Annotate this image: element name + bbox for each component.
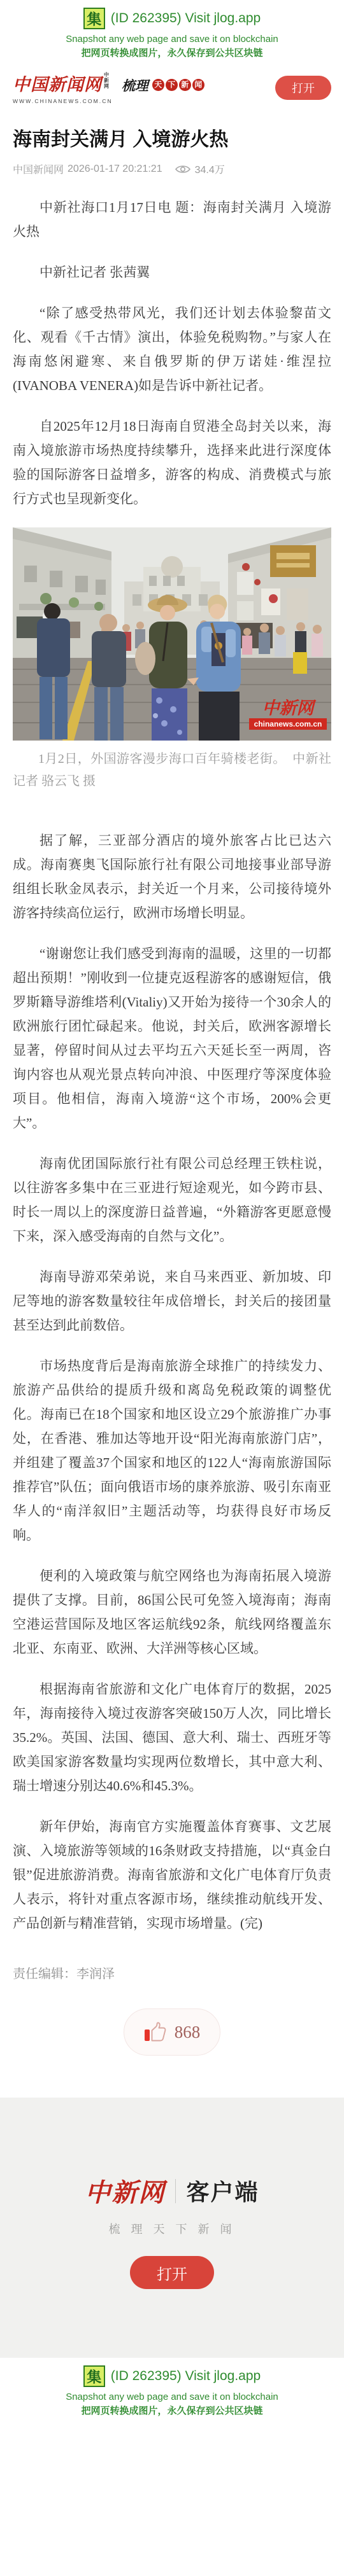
logo-stack: 中 新 网 bbox=[104, 72, 109, 89]
article-photo[interactable]: 中新网 chinanews.com.cn bbox=[13, 527, 331, 741]
jlog-icon: 集 bbox=[83, 8, 105, 29]
paragraph: 海南优团国际旅行社有限公司总经理王铁柱说，以往游客多集中在三亚进行短途观光，如今… bbox=[13, 1152, 331, 1248]
site-header: 中国新闻网 中 新 网 WWW.CHINANEWS.COM.CN 梳理 天 下 … bbox=[0, 66, 344, 111]
article-title: 海南封关满月 入境游火热 bbox=[13, 127, 331, 152]
jlog-subtitle-zh: 把网页转换成图片，永久保存到公共区块链 bbox=[0, 46, 344, 59]
site-logo[interactable]: 中国新闻网 中 新 网 WWW.CHINANEWS.COM.CN bbox=[13, 71, 113, 104]
tagline-circle: 闻 bbox=[192, 79, 204, 91]
views-count: 34.4万 bbox=[195, 162, 225, 176]
promo-tagline: 梳 理 天 下 新 闻 bbox=[0, 2220, 344, 2237]
paragraph: “除了感受热带风光，我们还计划去体验黎苗文化、观看《千古情》演出，体验免税购物。… bbox=[13, 301, 331, 398]
views-block: 34.4万 bbox=[175, 162, 225, 176]
publish-time: 2026-01-17 20:21:21 bbox=[68, 164, 162, 175]
header-tagline: 梳理 天 下 新 闻 bbox=[122, 76, 204, 95]
eye-icon bbox=[175, 164, 190, 174]
paragraph: 新年伊始，海南官方实施覆盖体育赛事、文艺展演、入境旅游等领域的16条财政支持措施… bbox=[13, 1814, 331, 1935]
jlog-subtitle-en: Snapshot any web page and save it on blo… bbox=[0, 34, 344, 45]
tagline-circle: 下 bbox=[166, 79, 178, 91]
paragraph: “谢谢您让我们感受到海南的温暖，这里的一切都超出预期！”刚收到一位捷克返程游客的… bbox=[13, 942, 331, 1135]
jlog-subtitle-zh: 把网页转换成图片，永久保存到公共区块链 bbox=[0, 2404, 344, 2417]
jlog-link[interactable]: (ID 262395) Visit jlog.app bbox=[111, 11, 261, 26]
app-promo-section: 中新网 客户端 梳 理 天 下 新 闻 打开 bbox=[0, 2098, 344, 2358]
article-body: 中新社海口1月17日电 题：海南封关满月 入境游火热 中新社记者 张茜翼 “除了… bbox=[0, 176, 344, 511]
tagline-prefix: 梳理 bbox=[122, 76, 148, 95]
bottom-jlog-banner: 集 (ID 262395) Visit jlog.app Snapshot an… bbox=[0, 2358, 344, 2423]
editor-line: 责任编辑：李润泽 bbox=[13, 1963, 331, 1982]
paragraph: 便利的入境政策与航空网络也为海南拓展入境游提供了支撑。目前，86国公民可免签入境… bbox=[13, 1564, 331, 1660]
tagline-circle: 天 bbox=[152, 79, 164, 91]
tagline-circle: 新 bbox=[179, 79, 191, 91]
paragraph: 中新社记者 张茜翼 bbox=[13, 260, 331, 284]
photo-watermark: 中新网 bbox=[262, 699, 317, 718]
logo-stack-char: 网 bbox=[104, 83, 109, 89]
jlog-link[interactable]: (ID 262395) Visit jlog.app bbox=[111, 2369, 261, 2384]
promo-open-button[interactable]: 打开 bbox=[130, 2256, 214, 2289]
article-body-continued: 据了解，三亚部分酒店的境外旅客占比已达六成。海南赛奥飞国际旅行社有限公司地接事业… bbox=[0, 809, 344, 1935]
paragraph: 根据海南省旅游和文化广电体育厅的数据，2025年，海南接待入境过夜游客突破150… bbox=[13, 1677, 331, 1798]
paragraph: 海南导游邓荣弟说，来自马来西亚、新加坡、印尼等地的游客数量较往年成倍增长，封关后… bbox=[13, 1265, 331, 1337]
logo-stack-char: 中 bbox=[104, 72, 109, 78]
like-count: 868 bbox=[175, 2023, 201, 2042]
article-meta: 中国新闻网 2026-01-17 20:21:21 34.4万 bbox=[13, 162, 331, 176]
source-name: 中国新闻网 bbox=[13, 162, 64, 176]
photo-watermark-url: chinanews.com.cn bbox=[254, 720, 322, 728]
promo-app-label: 客户端 bbox=[186, 2175, 259, 2207]
paragraph: 自2025年12月18日海南自贸港全岛封关以来，海南入境旅游市场热度持续攀升，选… bbox=[13, 414, 331, 511]
photo-caption: 1月2日，外国游客漫步海口百年骑楼老街。 中新社记者 骆云飞 摄 bbox=[13, 748, 331, 793]
article-photo-image: 中新网 chinanews.com.cn bbox=[13, 527, 331, 741]
paragraph: 中新社海口1月17日电 题：海南封关满月 入境游火热 bbox=[13, 195, 331, 244]
logo-url: WWW.CHINANEWS.COM.CN bbox=[13, 98, 113, 104]
top-jlog-banner: 集 (ID 262395) Visit jlog.app Snapshot an… bbox=[0, 0, 344, 66]
jlog-subtitle-en: Snapshot any web page and save it on blo… bbox=[0, 2392, 344, 2402]
promo-logo: 中新网 bbox=[85, 2173, 165, 2209]
logo-stack-char: 新 bbox=[104, 78, 109, 83]
jlog-icon: 集 bbox=[83, 2365, 105, 2387]
thumbs-up-icon bbox=[144, 2021, 167, 2043]
like-button[interactable]: 868 bbox=[124, 2009, 220, 2056]
open-app-button[interactable]: 打开 bbox=[275, 76, 331, 100]
promo-divider bbox=[175, 2179, 176, 2203]
paragraph: 据了解，三亚部分酒店的境外旅客占比已达六成。海南赛奥飞国际旅行社有限公司地接事业… bbox=[13, 828, 331, 925]
logo-calligraphy: 中国新闻网 bbox=[13, 71, 102, 95]
paragraph: 市场热度背后是海南旅游全球推广的持续发力、旅游产品供给的提质升级和离岛免税政策的… bbox=[13, 1354, 331, 1547]
